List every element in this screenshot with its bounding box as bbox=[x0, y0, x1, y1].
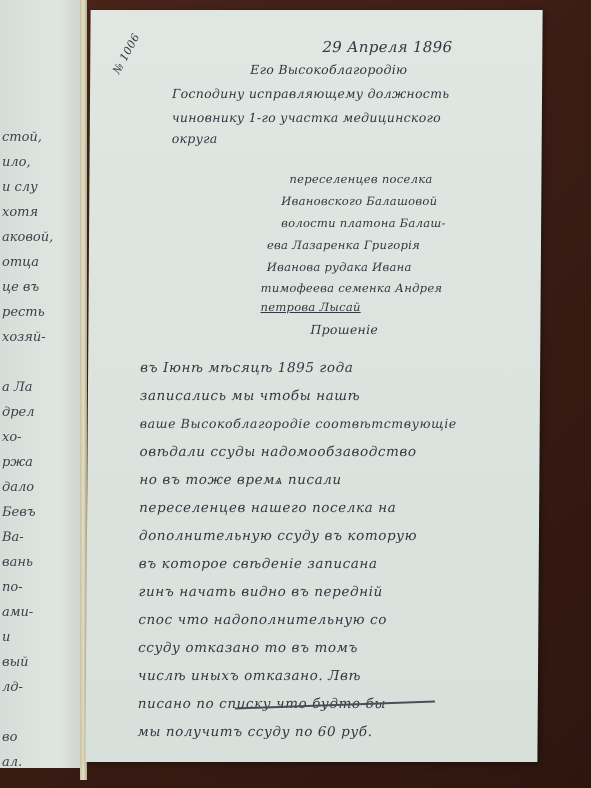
document-date: 29 Апреля 1896 bbox=[322, 38, 452, 56]
left-page-line: хозяй- bbox=[2, 330, 46, 345]
left-page-line: вый bbox=[2, 655, 29, 670]
left-page-line: хо- bbox=[2, 430, 22, 445]
body-line: ваше Высокоблагородіе соотвѣтствующіе bbox=[140, 416, 457, 431]
left-page: стой,ило,и слухотяаковой,отцаце върестьх… bbox=[0, 0, 84, 768]
body-line: мы получитъ ссуду по 60 руб. bbox=[138, 724, 373, 740]
left-page-line: ал. bbox=[2, 755, 22, 768]
left-page-line: во bbox=[2, 730, 17, 745]
body-line: числѣ иныхъ отказано. Лвѣ bbox=[138, 668, 361, 684]
left-page-line: Бевъ bbox=[2, 505, 35, 520]
body-line: гинъ начать видно въ передній bbox=[139, 584, 383, 600]
left-page-line: дрел bbox=[2, 405, 35, 420]
petitioner-line: петрова Лысай bbox=[261, 300, 361, 314]
document-number: № 1006 bbox=[110, 31, 142, 76]
body-line: переселенцев нашего поселка на bbox=[139, 500, 396, 516]
petitioner-line: Ивановского Балашовой bbox=[281, 194, 437, 208]
left-page-line: по- bbox=[2, 580, 23, 595]
left-page-line: вань bbox=[2, 555, 33, 570]
body-line: ссуду отказано то въ томъ bbox=[138, 640, 358, 656]
document-page: № 1006 29 Апреля 1896 Его Высокоблагород… bbox=[85, 10, 542, 762]
left-page-line: стой, bbox=[2, 130, 42, 145]
body-line: дополнительную ссуду въ которую bbox=[139, 528, 417, 544]
left-page-line: ило, bbox=[2, 155, 31, 170]
body-line: въ которое свѣденіе записана bbox=[139, 556, 378, 572]
body-line: въ Іюнѣ мѣсяцѣ 1895 года bbox=[140, 360, 353, 376]
left-page-line: це въ bbox=[2, 280, 39, 295]
addressee-line: Его Высокоблагородію bbox=[250, 62, 407, 77]
petitioner-line: Иванова рудака Ивана bbox=[267, 260, 412, 274]
body-line: записались мы чтобы нашѣ bbox=[140, 388, 360, 404]
left-page-line: отца bbox=[2, 255, 39, 270]
addressee-line: Господину исправляющему должность bbox=[172, 86, 449, 101]
document-title: Прошеніе bbox=[310, 322, 378, 337]
left-page-line: и bbox=[2, 630, 10, 645]
body-line: но въ тоже времѧ писали bbox=[139, 472, 342, 488]
left-page-line: ржа bbox=[2, 455, 33, 470]
left-page-line: а Ла bbox=[2, 380, 32, 395]
petitioner-line: волости платона Балаш- bbox=[281, 216, 446, 230]
petitioner-line: ева Лазаренка Григорія bbox=[267, 238, 420, 252]
left-page-line: ами- bbox=[2, 605, 33, 620]
addressee-line: чиновнику 1-го участка медицинского bbox=[172, 110, 441, 125]
left-page-line: лд- bbox=[2, 680, 23, 695]
left-page-line: аковой, bbox=[2, 230, 53, 245]
petitioner-line: тимофеева семенка Андрея bbox=[261, 281, 443, 295]
left-page-line: и слу bbox=[2, 180, 38, 195]
left-page-line: ресть bbox=[2, 305, 45, 320]
left-page-line: Ва- bbox=[2, 530, 24, 545]
body-line: спос что надополнительную со bbox=[138, 612, 387, 628]
left-page-line: дало bbox=[2, 480, 34, 495]
left-page-line: хотя bbox=[2, 205, 38, 220]
addressee-line: округа bbox=[172, 131, 218, 146]
body-line: овѣдали ссуды надомообзаводство bbox=[139, 444, 416, 460]
petitioner-line: переселенцев поселка bbox=[289, 172, 432, 186]
